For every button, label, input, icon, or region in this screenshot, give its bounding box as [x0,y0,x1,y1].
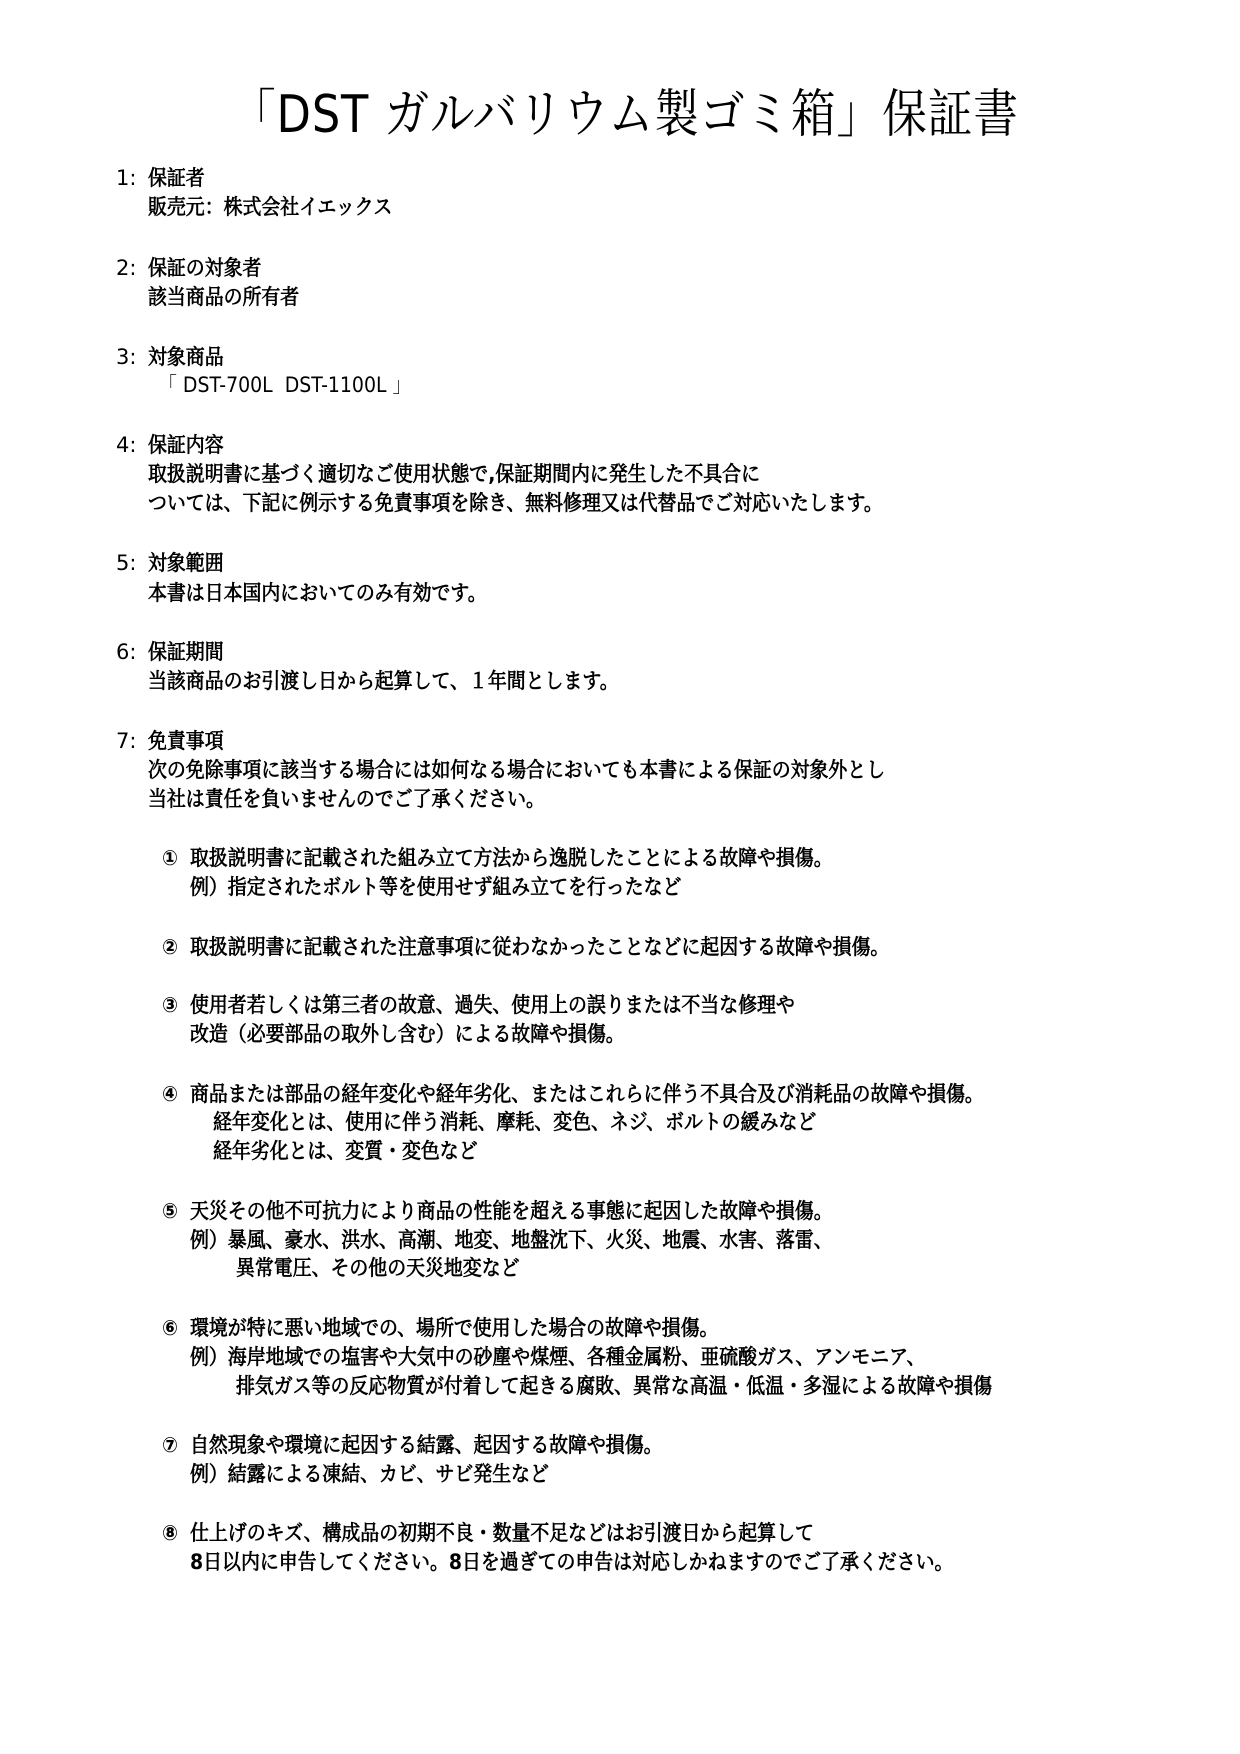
exemption-detail: 8日以内に申告してください。8日を過ぎての申告は対応しかねますのでご了承ください… [190,1548,953,1577]
exemption-detail: 例）暴風、豪水、洪水、高潮、地変、地盤沈下、火災、地震、水害、落雷、 [190,1226,833,1255]
section-heading: 保証の対象者 [148,254,261,283]
section-number: 7: [116,727,136,756]
section-number: 6: [116,638,136,667]
section-heading: 保証者 [148,164,205,193]
section-body: 当社は責任を負いませんのでご了承ください。 [148,785,545,814]
exemption-detail: 改造（必要部品の取外し含む）による故障や損傷。 [190,1020,625,1049]
section-number: 1: [116,164,136,193]
exemption-mark: ⑦ [162,1431,178,1460]
section-body: 次の免除事項に該当する場合には如何なる場合においても本書による保証の対象外とし [148,756,885,785]
document-title: 「DST ガルバリウム製ゴミ箱」保証書 [92,80,1158,150]
section-body: 販売元：株式会社イエックス [148,193,392,222]
section-heading: 保証内容 [148,431,224,460]
exemption-mark: ⑧ [162,1519,178,1548]
section-body: 本書は日本国内においてのみ有効です。 [148,579,487,608]
exemption-detail: 排気ガス等の反応物質が付着して起きる腐敗、異常な高温・低温・多湿による故障や損傷 [236,1372,992,1401]
exemption-detail: 例）海岸地域での塩害や大気中の砂塵や煤煙、各種金属粉、亜硫酸ガス、アンモニア、 [190,1343,925,1372]
exemption-mark: ③ [162,991,178,1020]
product-models: 「 DST-700L DST-1100L 」 [158,371,411,400]
section-heading: 免責事項 [148,727,224,756]
exemption-detail: 経年変化とは、使用に伴う消耗、摩耗、変色、ネジ、ボルトの緩みなど [213,1108,816,1137]
exemption-text: 自然現象や環境に起因する結露、起因する故障や損傷。 [190,1431,663,1460]
exemption-detail: 経年劣化とは、変質・変色など [213,1137,478,1166]
exemption-text: 取扱説明書に記載された注意事項に従わなかったことなどに起因する故障や損傷。 [190,933,889,962]
section-body: 該当商品の所有者 [148,283,299,312]
exemption-mark: ② [162,933,178,962]
section-body: ついては、下記に例示する免責事項を除き、無料修理又は代替品でご対応いたします。 [148,489,883,518]
exemption-detail: 例）結露による凍結、カビ、サビ発生など [190,1460,549,1489]
exemption-mark: ① [162,844,178,873]
section-number: 4: [116,431,136,460]
section-number: 5: [116,549,136,578]
section-body: 当該商品のお引渡し日から起算して、１年間とします。 [148,667,619,696]
section-number: 3: [116,343,136,372]
exemption-text: 取扱説明書に記載された組み立て方法から逸脱したことによる故障や損傷。 [190,844,833,873]
exemption-mark: ⑤ [162,1197,178,1226]
exemption-text: 仕上げのキズ、構成品の初期不良・数量不足などはお引渡日から起算して [190,1519,814,1548]
exemption-mark: ⑥ [162,1314,178,1343]
exemption-detail: 例）指定されたボルト等を使用せず組み立てを行ったなど [190,873,681,902]
exemption-text: 環境が特に悪い地域での、場所で使用した場合の故障や損傷。 [190,1314,718,1343]
exemption-mark: ④ [162,1080,178,1109]
section-number: 2: [116,254,136,283]
section-body: 取扱説明書に基づく適切なご使用状態で,保証期間内に発生した不具合に [148,460,760,489]
section-heading: 対象範囲 [148,549,224,578]
exemption-detail: 異常電圧、その他の天災地変など [236,1254,520,1283]
section-heading: 対象商品 [148,343,224,372]
exemption-text: 天災その他不可抗力により商品の性能を超える事態に起因した故障や損傷。 [190,1197,833,1226]
exemption-text: 使用者若しくは第三者の故意、過失、使用上の誤りまたは不当な修理や [190,991,795,1020]
exemption-text: 商品または部品の経年変化や経年劣化、またはこれらに伴う不具合及び消耗品の故障や損… [190,1080,984,1109]
section-heading: 保証期間 [148,638,224,667]
